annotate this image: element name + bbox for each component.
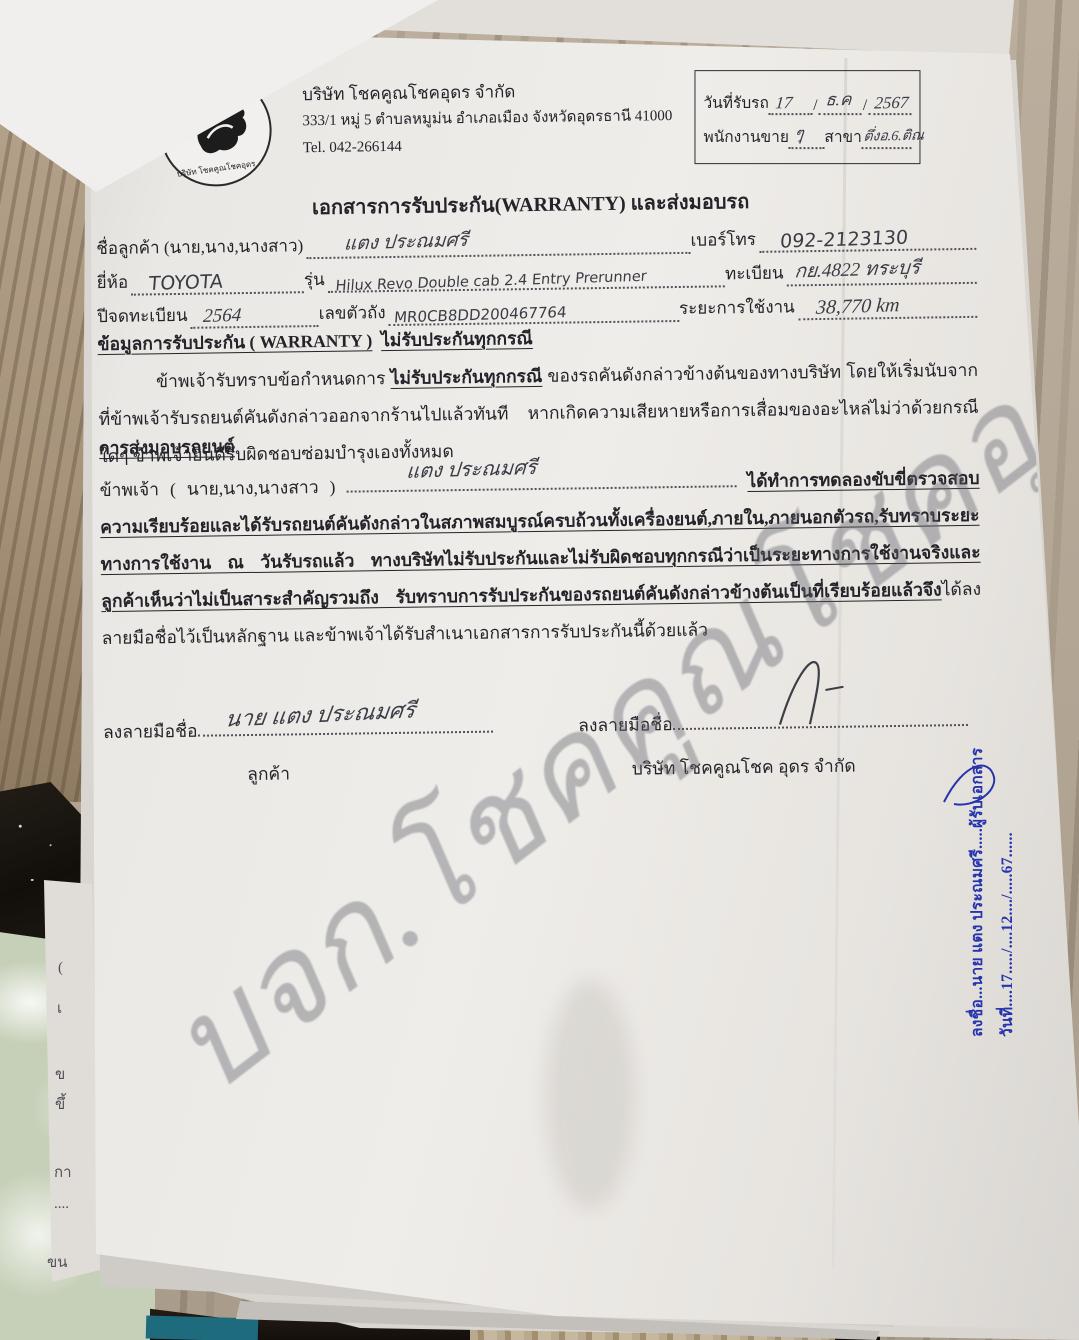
phone-handwritten: 092-2123130 <box>780 227 910 253</box>
salesperson-field: ๆุ <box>789 115 824 149</box>
blue-side-annotation: ลงชื่อ...นาย แตง ประณมศรี.....ผู้รับเอกส… <box>963 677 1041 1037</box>
delivery-section-heading: การส่งมอบรถยนต์ <box>99 432 235 462</box>
edge-fragment: .... <box>54 1196 69 1213</box>
brand-handwritten: TOYOTA <box>148 271 224 295</box>
reg-year-field: 2564 <box>190 293 319 329</box>
customer-signature-handwritten: นาย แตง ประณมศรี <box>223 692 417 736</box>
side-sign-line: ลงชื่อ...นาย แตง ประณมศรี.....ผู้รับเอกส… <box>963 677 993 1037</box>
edge-fragment: ขึ้ <box>55 1092 65 1116</box>
reg-year-handwritten: 2564 <box>202 305 242 328</box>
edge-fragment: ( <box>58 960 63 977</box>
salesperson-label: พนักงานขาย <box>703 124 788 149</box>
edge-fragment: เ <box>57 996 62 1020</box>
warranty-paragraph-emphasis: ไม่รับประกันทุกกรณี <box>390 366 542 388</box>
plate-handwritten: กย.4822 ทระบุรี <box>793 253 921 287</box>
customer-field: แตง ประณมศรี <box>306 220 691 259</box>
salesperson-row: พนักงานขาย ๆุ สาขา ตึ่งอ.6.ติณ <box>703 115 911 149</box>
brand-field: TOYOTA <box>131 259 304 295</box>
customer-signature-block: ลงลายมือชื่อนาย แตง ประณมศรี ลูกค้า <box>103 710 509 790</box>
brand-label: ยี่ห้อ <box>97 269 132 296</box>
date-day-handwritten: 17 <box>774 93 793 113</box>
branch-handwritten: ตึ่งอ.6.ติณ <box>863 125 925 148</box>
warranty-paragraph-start: ข้าพเจ้ารับทราบข้อกำหนดการ <box>156 368 391 391</box>
usage-handwritten: 38,770 km <box>815 294 900 320</box>
receive-date-box: วันที่รับรถ 17 / ธ.ค / 2567 พนักงานขาย ๆ… <box>694 70 920 164</box>
company-address: 333/1 หมู่ 5 ตำบลหมูม่น อำเภอเมือง จังหว… <box>302 103 672 135</box>
vin-field: MR0CB8DD200467764 <box>388 288 679 326</box>
branch-field: ตึ่งอ.6.ติณ <box>862 115 912 149</box>
date-month-field: ธ.ค <box>819 81 862 115</box>
declarant-label: ข้าพเจ้า ( นาย,นาง,นางสาว ) <box>99 477 346 500</box>
salesperson-handwritten: ๆุ <box>793 120 805 147</box>
warranty-heading-note: ไม่รับประกันทุกกรณี <box>381 328 533 350</box>
delivery-heading-text: การส่งมอบรถยนต์ <box>99 436 235 458</box>
customer-label: ชื่อลูกค้า (นาย,นาง,นางสาว) <box>96 232 306 262</box>
usage-field: 38,770 km <box>797 284 977 321</box>
edge-fragment: ขน <box>47 1250 68 1274</box>
vin-handwritten: MR0CB8DD200467764 <box>394 303 568 326</box>
plate-label: ทะเบียน <box>725 259 787 287</box>
company-role-label: บริษัท โชคคูณโชค อุดร จำกัด <box>579 751 909 784</box>
company-sign-label: ลงลายมือชื่อ <box>578 714 673 735</box>
date-year-handwritten: 2567 <box>874 93 910 114</box>
company-phone: Tel. 042-266144 <box>303 130 673 162</box>
document-content: CKC บริษัท โชคคูณโชคอุดร บริษัท โชคคูณโช… <box>53 21 1020 1294</box>
declarant-name-handwritten: แตง ประณมศรี <box>405 450 538 491</box>
side-date-line: วันที่....17...../....12..../.....67....… <box>993 677 1023 1037</box>
signature-section: ลงลายมือชื่อนาย แตง ประณมศรี ลูกค้า ลงลา… <box>103 704 984 790</box>
warranty-heading-text: ข้อมูลการรับประกัน ( WARRANTY ) <box>97 330 372 354</box>
phone-field: 092-2123130 <box>759 216 977 253</box>
branch-label: สาขา <box>824 124 861 149</box>
date-day-field: 17 <box>769 81 812 115</box>
customer-handwritten: แตง ประณมศรี <box>343 225 469 259</box>
edge-fragment: กา <box>54 1160 72 1184</box>
photo-of-warranty-document: ( เ ข ขึ้ กา .... ขน CKC บริษัท โชคคูณโช… <box>0 0 1079 1340</box>
model-label: รุ่น <box>304 266 328 293</box>
edge-fragment: ข <box>55 1062 65 1086</box>
model-field: Hilux Revo Double cab 2.4 Entry Prerunne… <box>327 253 725 293</box>
vehicle-form: ชื่อลูกค้า (นาย,นาง,นางสาว) แตง ประณมศรี… <box>96 216 977 330</box>
warranty-document-sheet: CKC บริษัท โชคคูณโชคอุดร บริษัท โชคคูณโช… <box>0 0 1079 1340</box>
usage-label: ระยะการใช้งาน <box>679 293 798 322</box>
customer-role-label: ลูกค้า <box>103 757 433 790</box>
customer-signature-line: นาย แตง ประณมศรี <box>197 711 492 737</box>
vin-label: เลขตัวถัง <box>318 299 388 327</box>
receive-date-row: วันที่รับรถ 17 / ธ.ค / 2567 <box>703 81 911 115</box>
declarant-name-field: แตง ประณมศรี <box>346 465 736 492</box>
teal-object-edge <box>146 1316 259 1340</box>
receive-date-label: วันที่รับรถ <box>703 90 768 115</box>
phone-label: เบอร์โทร <box>690 226 759 254</box>
date-month-handwritten: ธ.ค <box>824 86 852 113</box>
company-signature-mark <box>767 650 860 729</box>
reg-year-label: ปีจดทะเบียน <box>97 302 191 330</box>
delivery-paragraph: ข้าพเจ้า ( นาย,นาง,นางสาว ) แตง ประณมศรี… <box>99 460 981 657</box>
company-signature-block: ลงลายมือชื่อ บริษัท โชคคูณโชค อุดร จำกัด <box>578 704 984 784</box>
company-info: บริษัท โชคคูณโชคอุดร จำกัด 333/1 หมู่ 5 … <box>302 76 673 162</box>
plate-field: กย.4822 ทระบุรี <box>786 250 977 287</box>
date-year-field: 2567 <box>868 81 911 115</box>
customer-sign-label: ลงลายมือชื่อ <box>103 721 198 742</box>
company-signature-line <box>672 704 967 730</box>
warranty-section-heading: ข้อมูลการรับประกัน ( WARRANTY ) ไม่รับปร… <box>97 324 533 358</box>
blue-signature-squiggle <box>934 752 1006 812</box>
